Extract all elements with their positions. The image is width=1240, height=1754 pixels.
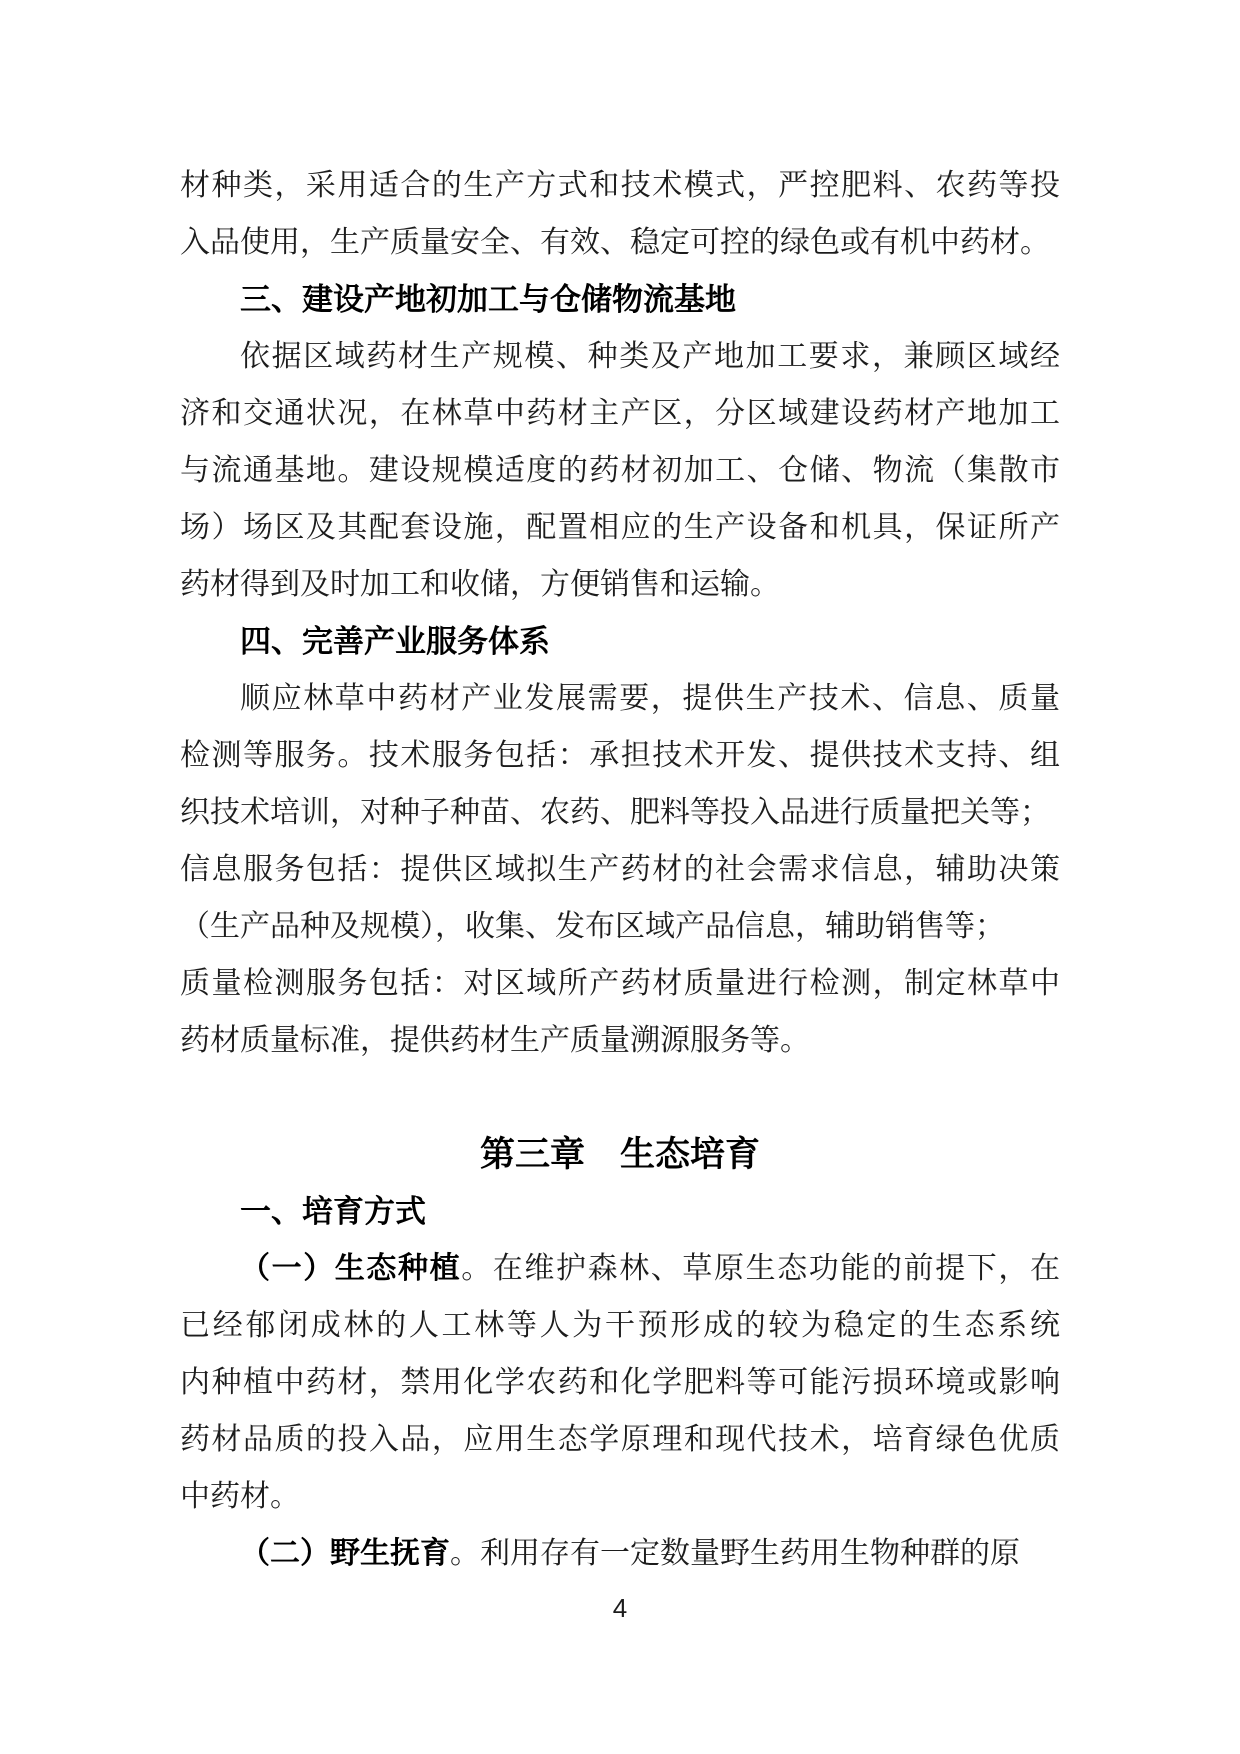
paragraph-text: 。在维护森林、草原生态功能的前提下，在 bbox=[461, 1252, 1060, 1285]
paragraph-line: 济和交通状况，在林草中药材主产区，分区域建设药材产地加工 bbox=[180, 385, 1060, 442]
paragraph-line: 中药材。 bbox=[180, 1468, 1060, 1525]
paragraph-line: 药材得到及时加工和收储，方便销售和运输。 bbox=[180, 556, 1060, 613]
paragraph-line: 依据区域药材生产规模、种类及产地加工要求，兼顾区域经 bbox=[180, 328, 1060, 385]
paragraph-line: （二）野生抚育。利用存有一定数量野生药用生物种群的原 bbox=[180, 1525, 1060, 1582]
paragraph-line: 已经郁闭成林的人工林等人为干预形成的较为稳定的生态系统 bbox=[180, 1297, 1060, 1354]
paragraph-line: 与流通基地。建设规模适度的药材初加工、仓储、物流（集散市 bbox=[180, 442, 1060, 499]
chapter-heading: 第三章 生态培育 bbox=[180, 1126, 1060, 1183]
section-heading-1: 一、培育方式 bbox=[180, 1183, 1060, 1240]
section-heading-3: 三、建设产地初加工与仓储物流基地 bbox=[180, 271, 1060, 328]
paragraph-line: （生产品种及规模），收集、发布区域产品信息，辅助销售等； bbox=[180, 898, 1060, 955]
paragraph-line: 内种植中药材，禁用化学农药和化学肥料等可能污损环境或影响 bbox=[180, 1354, 1060, 1411]
document-page: 材种类，采用适合的生产方式和技术模式，严控肥料、农药等投 入品使用，生产质量安全… bbox=[0, 0, 1240, 1754]
paragraph-text: 。利用存有一定数量野生药用生物种群的原 bbox=[450, 1537, 1020, 1570]
paragraph-line: 药材品质的投入品，应用生态学原理和现代技术，培育绿色优质 bbox=[180, 1411, 1060, 1468]
paragraph-line: 材种类，采用适合的生产方式和技术模式，严控肥料、农药等投 bbox=[180, 157, 1060, 214]
paragraph-line: 场）场区及其配套设施，配置相应的生产设备和机具，保证所产 bbox=[180, 499, 1060, 556]
bold-term-yesheng-fuyu: （二）野生抚育 bbox=[240, 1537, 450, 1570]
paragraph-line: （一）生态种植。在维护森林、草原生态功能的前提下，在 bbox=[180, 1240, 1060, 1297]
paragraph-line: 顺应林草中药材产业发展需要，提供生产技术、信息、质量 bbox=[180, 670, 1060, 727]
paragraph-line: 入品使用，生产质量安全、有效、稳定可控的绿色或有机中药材。 bbox=[180, 214, 1060, 271]
paragraph-line: 质量检测服务包括：对区域所产药材质量进行检测，制定林草中 bbox=[180, 955, 1060, 1012]
paragraph-line: 药材质量标准，提供药材生产质量溯源服务等。 bbox=[180, 1012, 1060, 1069]
paragraph-line: 检测等服务。技术服务包括：承担技术开发、提供技术支持、组 bbox=[180, 727, 1060, 784]
paragraph-line: 织技术培训，对种子种苗、农药、肥料等投入品进行质量把关等； bbox=[180, 784, 1060, 841]
paragraph-line: 信息服务包括：提供区域拟生产药材的社会需求信息，辅助决策 bbox=[180, 841, 1060, 898]
section-heading-4: 四、完善产业服务体系 bbox=[180, 613, 1060, 670]
page-number: 4 bbox=[0, 1593, 1240, 1624]
document-body: 材种类，采用适合的生产方式和技术模式，严控肥料、农药等投 入品使用，生产质量安全… bbox=[180, 157, 1060, 1582]
bold-term-shengtai-zhongzhi: （一）生态种植 bbox=[240, 1252, 461, 1285]
